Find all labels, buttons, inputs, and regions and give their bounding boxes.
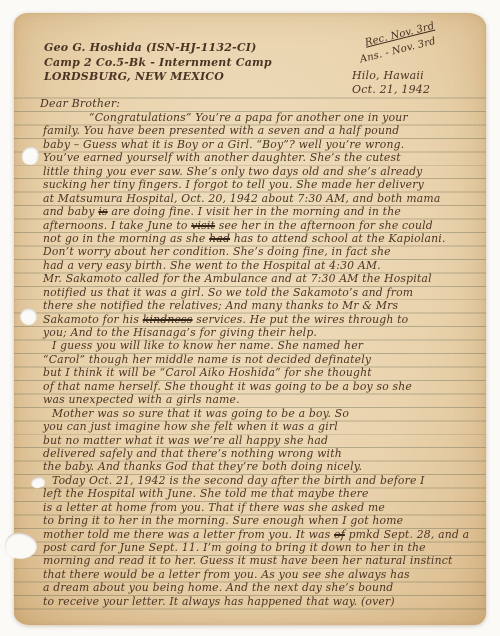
reception-annotation: Rec. Nov. 3rd Ans. - Nov. 3rd bbox=[363, 19, 439, 65]
letter-line: at Matsumura Hospital, Oct. 20, 1942 abo… bbox=[43, 192, 477, 205]
letter-line: You’ve earned yourself with another daug… bbox=[43, 151, 477, 164]
letter-line: the baby. And thanks God that they’re bo… bbox=[43, 460, 477, 473]
letter-line: left the Hospital with June. She told me… bbox=[43, 487, 477, 500]
letter-paper: Rec. Nov. 3rd Ans. - Nov. 3rd Geo G. Hos… bbox=[14, 13, 486, 625]
letter-line: post card for June Sept. 11. I’m going t… bbox=[43, 541, 477, 554]
address-line: Camp 2 Co.5-Bk - Internment Camp bbox=[44, 56, 272, 71]
letter-line: you can just imagine how she felt when i… bbox=[43, 420, 477, 433]
dateline-date: Oct. 21, 1942 bbox=[352, 83, 430, 97]
letter-line: is a letter at home from you. That if th… bbox=[43, 501, 477, 514]
letter-line: to receive your letter. It always has ha… bbox=[43, 595, 477, 608]
recipient-address-block: Geo G. Hoshida (ISN-HJ-1132-CI)Camp 2 Co… bbox=[44, 41, 272, 85]
punch-hole-middle bbox=[20, 308, 37, 325]
letter-line: Don’t worry about her condition. She’s d… bbox=[43, 245, 477, 258]
letter-line: little thing you ever saw. She’s only tw… bbox=[43, 165, 477, 178]
letter-line: a dream about you being home. And the ne… bbox=[43, 581, 477, 594]
letter-line: Sakamoto for his kindness services. He p… bbox=[43, 313, 477, 326]
address-line: Geo G. Hoshida (ISN-HJ-1132-CI) bbox=[44, 41, 272, 56]
letter-line: morning and read it to her. Guess it mus… bbox=[43, 554, 477, 567]
letter-line: notified us that it was a girl. So we to… bbox=[43, 286, 477, 299]
letter-line: mother told me there was a letter from y… bbox=[43, 528, 477, 541]
letter-line: that there would be a letter from you. A… bbox=[43, 568, 477, 581]
letter-line: was unexpected with a girls name. bbox=[43, 393, 477, 406]
dateline: Hilo, Hawaii Oct. 21, 1942 bbox=[352, 69, 430, 96]
salutation: Dear Brother: bbox=[40, 97, 120, 110]
letter-line: I guess you will like to know her name. … bbox=[43, 339, 477, 352]
letter-line: but no matter what it was we’re all happ… bbox=[43, 434, 477, 447]
scanned-letter: Rec. Nov. 3rd Ans. - Nov. 3rd Geo G. Hos… bbox=[0, 0, 500, 636]
letter-line: of that name herself. She thought it was… bbox=[43, 380, 477, 393]
torn-edge-hole bbox=[3, 531, 38, 561]
letter-line: “Congratulations” You’re a papa for anot… bbox=[43, 111, 477, 124]
letter-body: “Congratulations” You’re a papa for anot… bbox=[43, 111, 477, 608]
punch-hole-top bbox=[19, 144, 41, 167]
letter-line: Mr. Sakamoto called for the Ambulance an… bbox=[43, 272, 477, 285]
letter-line: afternoons. I take June to visit see her… bbox=[43, 219, 477, 232]
letter-line: had a very easy birth. She went to the H… bbox=[43, 259, 477, 272]
letter-line: you; And to the Hisanaga’s for giving th… bbox=[43, 326, 477, 339]
letter-line: Mother was so sure that it was going to … bbox=[43, 407, 477, 420]
letter-line: to bring it to her in the morning. Sure … bbox=[43, 514, 477, 527]
letter-line: Today Oct. 21, 1942 is the second day af… bbox=[43, 474, 477, 487]
address-line: LORDSBURG, NEW MEXICO bbox=[44, 70, 272, 85]
letter-line: baby – Guess what it is Boy or a Girl. “… bbox=[43, 138, 477, 151]
letter-line: sucking her tiny fingers. I forgot to te… bbox=[43, 178, 477, 191]
letter-line: not go in the morning as she had has to … bbox=[43, 232, 477, 245]
letter-line: delivered safely and that there’s nothin… bbox=[43, 447, 477, 460]
dateline-place: Hilo, Hawaii bbox=[352, 69, 430, 83]
letter-line: family. You have been presented with a s… bbox=[43, 124, 477, 137]
letter-line: and baby is are doing fine. I visit her … bbox=[43, 205, 477, 218]
letter-line: there she notified the relatives; And ma… bbox=[43, 299, 477, 312]
letter-line: but I think it will be “Carol Aiko Hoshi… bbox=[43, 366, 477, 379]
letter-line: “Carol” though her middle name is not de… bbox=[43, 353, 477, 366]
